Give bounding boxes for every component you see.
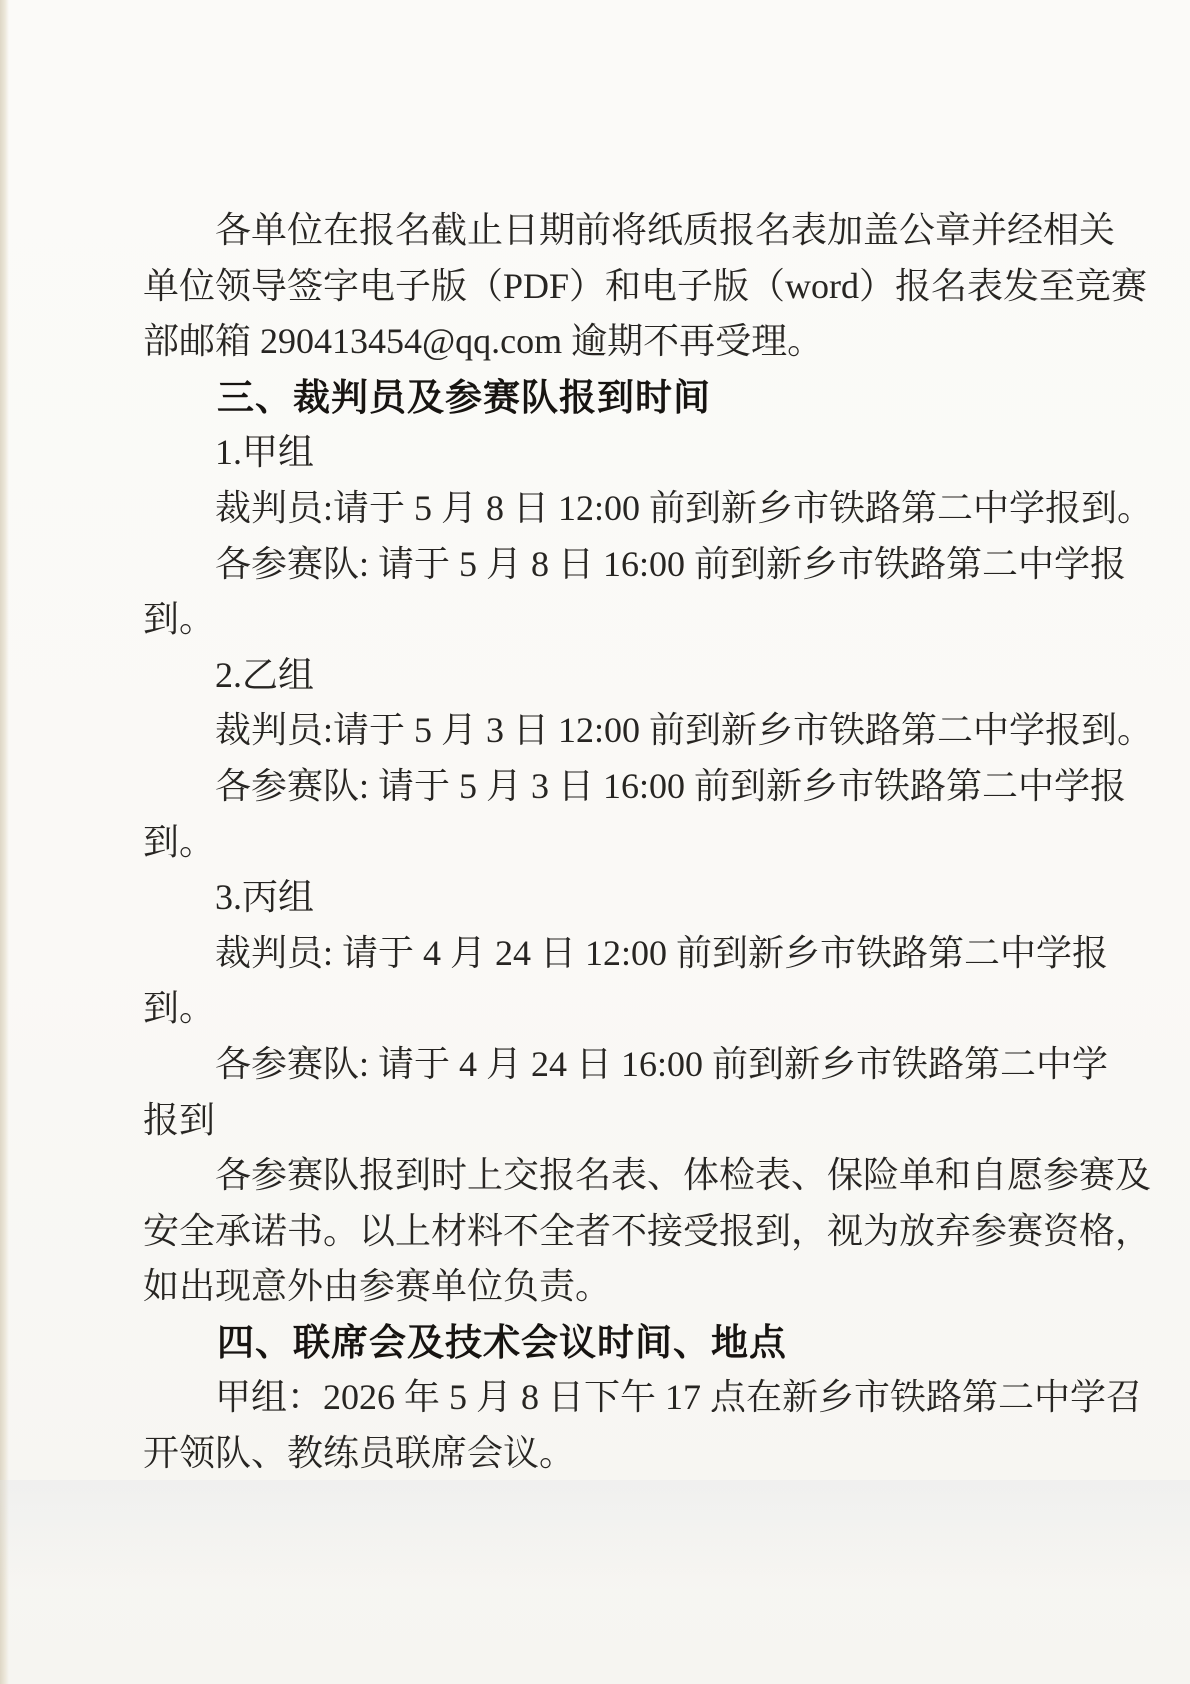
document-body: 各单位在报名截止日期前将纸质报名表加盖公章并经相关 单位领导签字电子版（PDF）… <box>143 203 1063 1482</box>
document-page: 各单位在报名截止日期前将纸质报名表加盖公章并经相关 单位领导签字电子版（PDF）… <box>0 0 1190 1684</box>
materials-line-1: 各参赛队报到时上交报名表、体检表、保险单和自愿参赛及 <box>143 1148 1063 1204</box>
section3-heading: 三、裁判员及参赛队报到时间 <box>143 370 1063 426</box>
intro-line-1: 各单位在报名截止日期前将纸质报名表加盖公章并经相关 <box>143 203 1063 259</box>
intro-line-2: 单位领导签字电子版（PDF）和电子版（word）报名表发至竞赛 <box>143 259 1063 315</box>
meeting-line-2: 开领队、教练员联席会议。 <box>143 1426 1063 1482</box>
group3-referee-line-2: 到。 <box>143 981 1063 1037</box>
group1-label: 1.甲组 <box>143 425 1063 481</box>
section4-heading: 四、联席会及技术会议时间、地点 <box>143 1315 1063 1371</box>
group3-label: 3.丙组 <box>143 870 1063 926</box>
scan-shading-band <box>0 1480 1190 1590</box>
scan-left-edge <box>0 0 9 1684</box>
group2-label: 2.乙组 <box>143 648 1063 704</box>
group3-referee-line-1: 裁判员: 请于 4 月 24 日 12:00 前到新乡市铁路第二中学报 <box>143 926 1063 982</box>
group1-referee-line: 裁判员:请于 5 月 8 日 12:00 前到新乡市铁路第二中学报到。 <box>143 481 1063 537</box>
materials-line-2: 安全承诺书。以上材料不全者不接受报到，视为放弃参赛资格， <box>143 1204 1063 1260</box>
group1-teams-line-1: 各参赛队: 请于 5 月 8 日 16:00 前到新乡市铁路第二中学报 <box>143 537 1063 593</box>
group3-teams-line-1: 各参赛队: 请于 4 月 24 日 16:00 前到新乡市铁路第二中学 <box>143 1037 1063 1093</box>
group3-teams-line-2: 报到 <box>143 1093 1063 1149</box>
intro-line-3-email: 部邮箱 290413454@qq.com 逾期不再受理。 <box>143 314 1063 370</box>
meeting-line-1: 甲组：2026 年 5 月 8 日下午 17 点在新乡市铁路第二中学召 <box>143 1370 1063 1426</box>
group2-referee-line: 裁判员:请于 5 月 3 日 12:00 前到新乡市铁路第二中学报到。 <box>143 703 1063 759</box>
materials-line-3: 如出现意外由参赛单位负责。 <box>143 1259 1063 1315</box>
group2-teams-line-1: 各参赛队: 请于 5 月 3 日 16:00 前到新乡市铁路第二中学报 <box>143 759 1063 815</box>
group1-teams-line-2: 到。 <box>143 592 1063 648</box>
group2-teams-line-2: 到。 <box>143 815 1063 871</box>
